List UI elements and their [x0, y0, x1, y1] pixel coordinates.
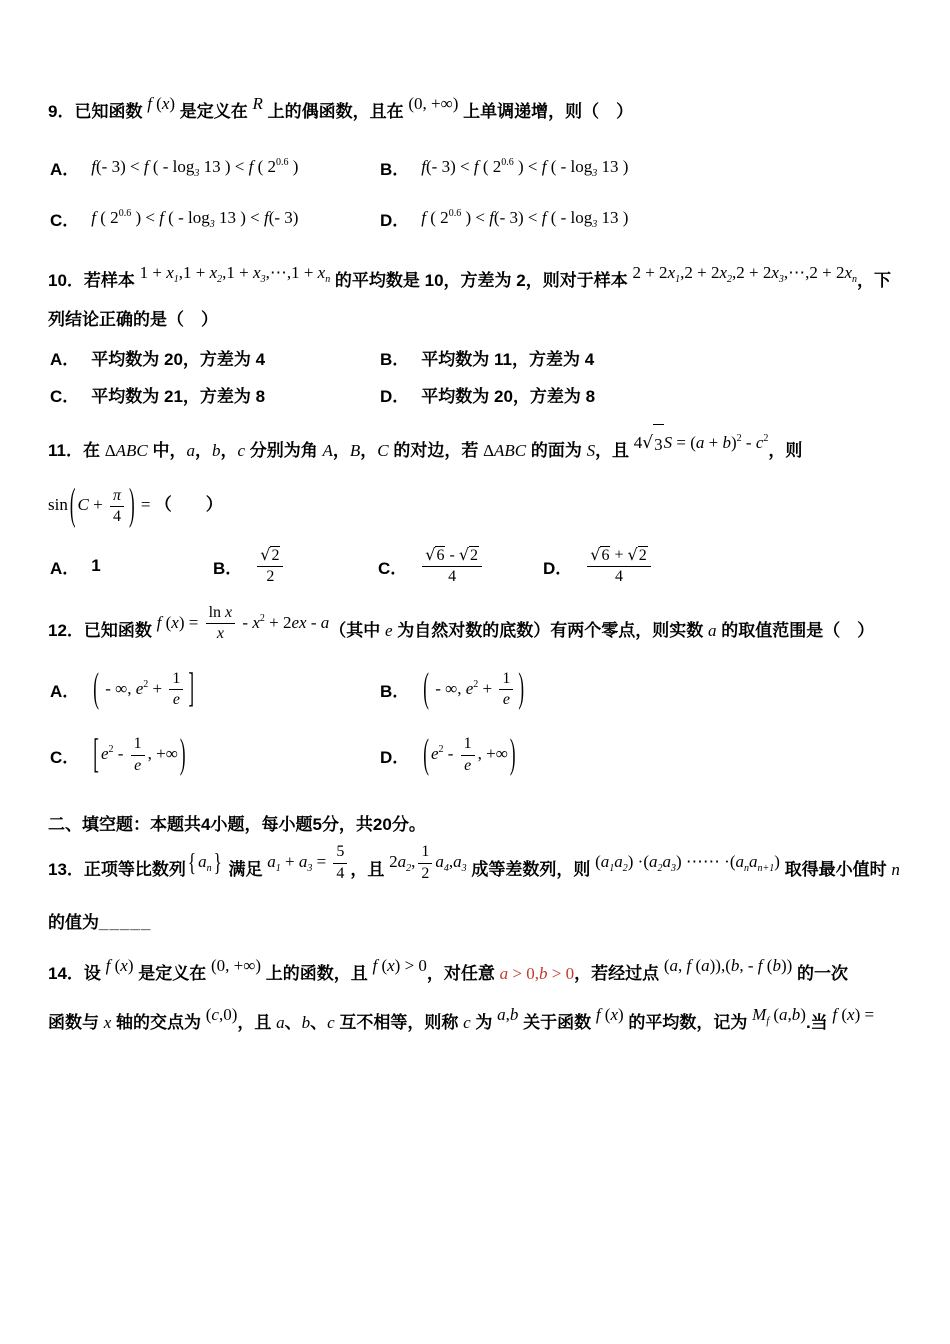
math-upright: , +∞: [478, 744, 508, 763]
cn-text: 1: [91, 556, 100, 575]
math-italic: a: [453, 852, 462, 871]
option-body: ( - ∞, e2 + 1e): [421, 670, 526, 710]
q9-options-item: A．f(- 3) < f ( - log3 13 ) < f ( 20.6 ): [50, 155, 380, 180]
math-italic: b: [510, 1005, 519, 1024]
option-label: B．: [213, 554, 242, 579]
cn-text: ，下: [857, 271, 891, 290]
q11-options: A．1B．√22C．√6 - √24D．√6 + √24: [50, 546, 902, 587]
math-upright: 2: [421, 865, 429, 882]
math-italic: c: [463, 1013, 471, 1032]
math-upright: ) <: [131, 208, 159, 227]
math-upright: (: [161, 613, 171, 632]
math-superscript: 0.6: [449, 208, 462, 219]
math-upright: 2: [271, 547, 279, 564]
math-upright: 13 ) <: [199, 157, 248, 176]
math-upright: ,2 + 2: [680, 263, 719, 282]
math-upright: +: [610, 546, 627, 563]
cn-text: 成等差数列，则: [467, 860, 595, 879]
math-upright: > 0: [547, 964, 574, 983]
math-upright: ( - log: [546, 208, 592, 227]
math-upright: =: [312, 852, 330, 871]
math-upright: 4: [634, 433, 643, 452]
cn-text: .当: [806, 1013, 832, 1032]
math-italic: b: [731, 956, 740, 975]
math-upright: -: [114, 744, 128, 763]
math-upright: ( 2: [253, 157, 276, 176]
cn-text: 平均数为 20，方差为 8: [421, 387, 595, 406]
option-body: f(- 3) < f ( 20.6 ) < f ( - log3 13 ): [421, 157, 628, 179]
cn-text: 的取值范围是（ ）: [716, 621, 874, 640]
math-upright: ,1 +: [222, 263, 253, 282]
denominator: 4: [615, 567, 623, 586]
option-label: A．: [50, 677, 79, 702]
math-upright: ( 2: [479, 157, 502, 176]
option-body: f ( 20.6 ) < f(- 3) < f ( - log3 13 ): [421, 208, 628, 230]
denominator: e: [503, 690, 510, 709]
math-upright: 13 ): [597, 208, 628, 227]
cn-text: ，且: [595, 441, 634, 460]
math-upright: , -: [739, 956, 757, 975]
numerator: √2: [257, 546, 283, 567]
math-upright: ) > 0: [395, 956, 427, 975]
radicand: 6: [600, 546, 610, 565]
math-upright: ,: [678, 956, 687, 975]
denominator: x: [217, 624, 224, 643]
numerator: 1: [461, 735, 475, 755]
numerator: ln x: [206, 604, 236, 624]
math-italic: M: [752, 1005, 766, 1024]
radicand: 6: [435, 546, 445, 565]
cn-text: 为自然对数的底数）有两个零点，则实数: [393, 621, 708, 640]
raised-math: f (x) = ln xx - x2 + 2ex - a: [157, 603, 330, 644]
math-italic: a: [601, 852, 610, 871]
math-upright: (- 3) <: [494, 208, 542, 227]
cn-text: 轴的交点为: [111, 1013, 205, 1032]
math-upright: 5: [336, 843, 344, 860]
q9-options: A．f(- 3) < f ( - log3 13 ) < f ( 20.6 )B…: [50, 155, 902, 231]
cn-text: 函数与: [48, 1013, 104, 1032]
math-italic: x: [225, 604, 232, 621]
math-italic: b: [772, 956, 781, 975]
math-italic: x: [166, 263, 174, 282]
q11-options-item: D．√6 + √24: [543, 546, 902, 587]
q10-options-item: C．平均数为 21，方差为 8: [50, 382, 380, 407]
math-superscript: 2: [763, 433, 768, 444]
cn-text: 中，: [148, 441, 187, 460]
q9-options-item: D．f ( 20.6 ) < f(- 3) < f ( - log3 13 ): [380, 206, 902, 231]
big-bracket: }: [214, 833, 222, 892]
numerator: 1: [418, 843, 432, 863]
math-italic: a: [696, 433, 705, 452]
math-upright: ): [128, 956, 134, 975]
math-upright: -: [307, 613, 321, 632]
math-upright: 6: [436, 547, 444, 564]
math-italic: e: [101, 744, 109, 763]
math-upright: 4: [336, 865, 344, 882]
raised-math: 2 + 2x1,2 + 2x2,2 + 2x3,⋯,2 + 2xn: [632, 253, 857, 292]
math-italic: n: [891, 860, 900, 879]
cn-text: 满足: [224, 860, 267, 879]
q12-options-item: B．( - ∞, e2 + 1e): [380, 670, 902, 710]
math-upright: - ∞,: [431, 678, 466, 697]
q9-options-item: B．f(- 3) < f ( 20.6 ) < f ( - log3 13 ): [380, 155, 902, 180]
q12-stem: 12．已知函数 f (x) = ln xx - x2 + 2ex - a（其中 …: [48, 611, 902, 652]
cn-text: ，对任意: [427, 964, 500, 983]
section-header: 二、填空题：本题共4小题，每小题5分，共20分。: [48, 805, 902, 844]
math-upright: Δ: [483, 441, 494, 460]
raised-math: Mf (a,b): [752, 995, 806, 1034]
raised-math: 1 + x1,1 + x2,1 + x3,⋯,1 + xn: [140, 253, 331, 292]
raised-math: f (x): [106, 946, 134, 985]
math-italic: e: [464, 757, 471, 774]
option-label: B．: [380, 677, 409, 702]
math-upright: Δ: [105, 441, 116, 460]
option-body: 平均数为 11，方差为 4: [421, 345, 594, 370]
option-label: B．: [380, 155, 409, 180]
math-subscript: n: [207, 863, 212, 874]
math-upright: ,0): [219, 1005, 237, 1024]
math-upright: ( - log: [164, 208, 210, 227]
sqrt: √6: [590, 546, 610, 565]
math-upright: +: [704, 433, 722, 452]
math-italic: a: [614, 852, 623, 871]
math-italic: a: [186, 441, 195, 460]
math-upright: - ∞,: [101, 678, 136, 697]
math-upright: = (: [672, 433, 696, 452]
option-label: C．: [50, 382, 79, 407]
math-upright: ) =: [855, 1005, 875, 1024]
math-upright: 1: [172, 670, 180, 687]
raised-math: (0, +∞): [211, 946, 261, 985]
math-subscript: n: [325, 274, 330, 285]
q10-stem-line2: 列结论正确的是（ ）: [48, 300, 902, 339]
math-upright: (: [601, 1005, 611, 1024]
cn-text: 平均数为 11，方差为 4: [421, 350, 594, 369]
sqrt: √3: [642, 424, 663, 464]
fraction: √22: [257, 546, 283, 587]
math-upright: sin: [48, 495, 68, 514]
math-upright: 1: [134, 735, 142, 752]
fraction: √6 - √24: [422, 546, 482, 587]
big-bracket: ): [518, 665, 524, 713]
option-body: 平均数为 20，方差为 4: [91, 345, 265, 370]
q10-options-item: A．平均数为 20，方差为 4: [50, 345, 380, 370]
math-italic: b: [302, 1013, 311, 1032]
raised-math: (a, f (a)),(b, - f (b)): [664, 946, 792, 985]
cn-text: ，: [195, 441, 212, 460]
numerator: 5: [333, 843, 347, 863]
cn-text: 二、填空题：本题共4小题，每小题5分，共20分。: [48, 815, 426, 834]
q12-options-item: A．( - ∞, e2 + 1e]: [50, 670, 380, 710]
math-upright: =: [137, 495, 155, 514]
option-body: (e2 - 1e, +∞): [421, 735, 517, 775]
math-upright: -: [238, 613, 252, 632]
cn-text: 10．若样本: [48, 271, 140, 290]
raised-math: f (x) > 0: [372, 946, 426, 985]
q11-options-item: C．√6 - √24: [378, 546, 543, 587]
radicand: 2: [469, 546, 479, 565]
raised-math: f (x): [596, 995, 624, 1034]
q10-stem-line1: 10．若样本 1 + x1,1 + x2,1 + x3,⋯,1 + xn 的平均…: [48, 261, 902, 300]
math-upright: (0, +∞): [408, 94, 458, 113]
math-upright: ): [774, 852, 780, 871]
math-upright: > 0,: [508, 964, 539, 983]
q12-options: A．( - ∞, e2 + 1e]B．( - ∞, e2 + 1e)C．[e2 …: [50, 670, 902, 776]
math-italic: e: [503, 691, 510, 708]
cn-text: 上的函数，且: [261, 964, 372, 983]
denominator: 2: [421, 864, 429, 883]
math-upright: , +∞: [148, 744, 178, 763]
raised-math: a1 + a3 = 54: [267, 842, 350, 883]
math-italic: a: [276, 1013, 285, 1032]
q13-stem: 13．正项等比数列{an} 满足 a1 + a3 = 54，且 2a2,12a4…: [48, 850, 902, 891]
fraction: √6 + √24: [587, 546, 650, 587]
math-italic: R: [253, 94, 263, 113]
math-italic: ex: [291, 613, 306, 632]
math-upright: 2: [389, 852, 398, 871]
math-italic: a: [321, 613, 330, 632]
numerator: π: [110, 487, 124, 507]
math-italic: A: [322, 441, 332, 460]
math-upright: ,: [411, 852, 415, 871]
math-upright: +: [478, 678, 496, 697]
math-italic: a: [435, 852, 444, 871]
raised-math: f (x) =: [832, 995, 874, 1034]
radicand: 3: [653, 424, 664, 464]
cn-text: 的面为: [526, 441, 586, 460]
math-upright: ): [169, 94, 175, 113]
math-italic: a: [701, 956, 710, 975]
math-italic: x: [318, 263, 326, 282]
q11-stem: 11．在 ΔABC 中，a，b，c 分别为角 A，B，C 的对边，若 ΔABC …: [48, 431, 902, 472]
math-upright: ( 2: [96, 208, 119, 227]
math-upright: 13 ): [597, 157, 628, 176]
math-upright: ) <: [514, 157, 542, 176]
cn-text: ，若经过点: [574, 964, 664, 983]
answer-blank: _____: [99, 913, 151, 932]
q10-options: A．平均数为 20，方差为 4B．平均数为 11，方差为 4C．平均数为 21，…: [50, 345, 902, 407]
math-italic: C: [78, 495, 89, 514]
math-upright: +: [148, 678, 166, 697]
option-label: C．: [378, 554, 407, 579]
denominator: 4: [336, 864, 344, 883]
math-upright: ) <: [461, 208, 489, 227]
radical-sign-icon: √: [628, 546, 638, 565]
radical-sign-icon: √: [642, 424, 653, 464]
q11-options-item: B．√22: [213, 546, 378, 587]
math-upright: 13 ) <: [215, 208, 264, 227]
radicand: 2: [270, 546, 280, 565]
math-italic: π: [113, 487, 121, 504]
big-bracket: (: [423, 665, 429, 713]
denominator: 4: [448, 567, 456, 586]
option-body: √6 - √24: [419, 546, 485, 587]
math-italic: x: [844, 263, 852, 282]
sqrt: √6: [425, 546, 445, 565]
option-body: 1: [91, 556, 100, 576]
cn-text: 分别为角: [245, 441, 322, 460]
math-italic: b: [792, 1005, 801, 1024]
exam-page: 9．已知函数 f (x) 是定义在 R 上的偶函数，且在 (0, +∞) 上单调…: [0, 0, 950, 1344]
option-body: f ( 20.6 ) < f ( - log3 13 ) < f(- 3): [91, 208, 298, 230]
raised-math: (0, +∞): [408, 84, 458, 123]
q10-options-item: B．平均数为 11，方差为 4: [380, 345, 902, 370]
math-upright: ,2 + 2: [732, 263, 771, 282]
q10-options-item: D．平均数为 20，方差为 8: [380, 382, 902, 407]
math-upright: ,⋯,1 +: [266, 263, 318, 282]
math-italic: S: [587, 441, 596, 460]
raised-math: {an}: [186, 842, 224, 882]
math-upright: 3: [654, 435, 663, 454]
math-upright: )): [781, 956, 792, 975]
fraction: 1e: [461, 735, 475, 775]
option-body: √22: [254, 546, 286, 587]
math-italic: x: [253, 263, 261, 282]
math-italic: C: [377, 441, 388, 460]
raised-math: R: [253, 84, 263, 123]
option-label: D．: [380, 743, 409, 768]
math-upright: -: [444, 744, 458, 763]
q9-stem: 9．已知函数 f (x) 是定义在 R 上的偶函数，且在 (0, +∞) 上单调…: [48, 92, 902, 131]
math-upright: ): [618, 1005, 624, 1024]
fraction: 1e: [499, 670, 513, 710]
radicand: 2: [638, 546, 648, 565]
cn-text: 12．已知函数: [48, 621, 157, 640]
math-upright: 1: [464, 735, 472, 752]
option-label: A．: [50, 345, 79, 370]
cn-text: 9．已知函数: [48, 102, 147, 121]
cn-text: 上单调递增，则（ ）: [458, 102, 633, 121]
math-upright: ) =: [179, 613, 203, 632]
math-upright: 2: [639, 547, 647, 564]
math-italic: e: [173, 691, 180, 708]
math-upright: (: [763, 956, 773, 975]
math-upright: ln: [209, 604, 225, 621]
raised-math: a,b: [497, 995, 518, 1034]
math-upright: ,⋯,2 + 2: [784, 263, 845, 282]
radical-sign-icon: √: [425, 546, 435, 565]
math-italic: c: [237, 441, 245, 460]
math-upright: (- 3) <: [96, 157, 144, 176]
math-upright: 2: [470, 547, 478, 564]
math-upright: (- 3) <: [426, 157, 474, 176]
math-subscript: n+1: [757, 863, 774, 874]
math-upright: 4: [113, 508, 121, 525]
cn-text: ，: [333, 441, 350, 460]
math-upright: 1: [502, 670, 510, 687]
math-upright: )),(: [710, 956, 731, 975]
math-italic: c: [327, 1013, 335, 1032]
option-label: D．: [380, 382, 409, 407]
math-italic: a: [663, 852, 672, 871]
math-upright: ): [800, 1005, 806, 1024]
denominator: 4: [113, 507, 121, 526]
math-upright: +: [89, 495, 107, 514]
q9-options-item: C．f ( 20.6 ) < f ( - log3 13 ) < f(- 3): [50, 206, 380, 231]
math-upright: 2: [266, 568, 274, 585]
q14-line2: 函数与 x 轴的交点为 (c,0)，且 a、b、c 互不相等，则称 c 为 a,…: [48, 1003, 902, 1042]
cn-text: 平均数为 20，方差为 4: [91, 350, 265, 369]
big-bracket: (: [93, 665, 99, 713]
math-upright: ) ⋯⋯ ·(: [676, 852, 735, 871]
math-italic: a: [198, 852, 207, 871]
math-italic: e: [134, 757, 141, 774]
math-italic: x: [719, 263, 727, 282]
cn-text: 的一次: [792, 964, 848, 983]
red-math: a > 0,b > 0: [500, 964, 574, 983]
option-body: 平均数为 20，方差为 8: [421, 382, 595, 407]
math-italic: a: [500, 964, 509, 983]
math-upright: (: [377, 956, 387, 975]
math-italic: B: [350, 441, 360, 460]
math-upright: ,1 +: [179, 263, 210, 282]
q13-cont: 的值为_____: [48, 903, 902, 942]
denominator: e: [173, 690, 180, 709]
cn-text: ，: [220, 441, 237, 460]
math-italic: ABC: [494, 441, 526, 460]
math-upright: (: [110, 956, 120, 975]
math-upright: 4: [615, 568, 623, 585]
denominator: e: [134, 756, 141, 775]
math-upright: ( 2: [426, 208, 449, 227]
big-bracket: [: [93, 731, 99, 779]
option-label: D．: [543, 554, 572, 579]
math-upright: ( - log: [546, 157, 592, 176]
cn-text: 为: [471, 1013, 497, 1032]
cn-text: 的对边，若: [389, 441, 483, 460]
math-upright: (: [837, 1005, 847, 1024]
radical-sign-icon: √: [590, 546, 600, 565]
option-body: f(- 3) < f ( - log3 13 ) < f ( 20.6 ): [91, 157, 298, 179]
math-italic: a: [497, 1005, 506, 1024]
cn-text: 的平均数，记为: [624, 1013, 752, 1032]
math-superscript: 0.6: [119, 208, 132, 219]
cn-text: 平均数为 21，方差为 8: [91, 387, 265, 406]
math-italic: a: [398, 852, 407, 871]
cn-text: 的值为: [48, 913, 99, 932]
option-body: [e2 - 1e, +∞): [91, 735, 187, 775]
numerator: 1: [499, 670, 513, 690]
math-italic: a: [669, 956, 678, 975]
math-italic: a: [735, 852, 744, 871]
cn-text: 14．设: [48, 964, 106, 983]
cn-text: 取得最小值时: [780, 860, 891, 879]
big-bracket: (: [423, 731, 429, 779]
raised-math: f (x): [147, 84, 175, 123]
math-upright: 2 + 2: [632, 263, 667, 282]
q12-options-item: D．(e2 - 1e, +∞): [380, 735, 902, 775]
math-upright: ( - log: [149, 157, 195, 176]
fraction: 54: [333, 843, 347, 883]
cn-text: 的平均数是 10，方差为 2，则对于样本: [330, 271, 632, 290]
math-upright: -: [742, 433, 756, 452]
numerator: 1: [169, 670, 183, 690]
cn-text: （ ）: [155, 495, 223, 514]
big-bracket: ): [180, 731, 186, 779]
fraction: π4: [110, 487, 124, 527]
big-bracket: ]: [188, 665, 194, 713]
math-italic: c: [756, 433, 764, 452]
math-upright: 1 +: [140, 263, 167, 282]
raised-math: (a1a2) ·(a2a3) ⋯⋯ ·(anan+1): [595, 842, 780, 881]
math-italic: a: [267, 852, 276, 871]
option-body: √6 + √24: [584, 546, 653, 587]
math-upright: +: [281, 852, 299, 871]
math-upright: (0, +∞): [211, 956, 261, 975]
q11-formula: sin(C + π4) = （ ）: [48, 478, 902, 533]
fraction: 12: [418, 843, 432, 883]
math-italic: e: [431, 744, 439, 763]
